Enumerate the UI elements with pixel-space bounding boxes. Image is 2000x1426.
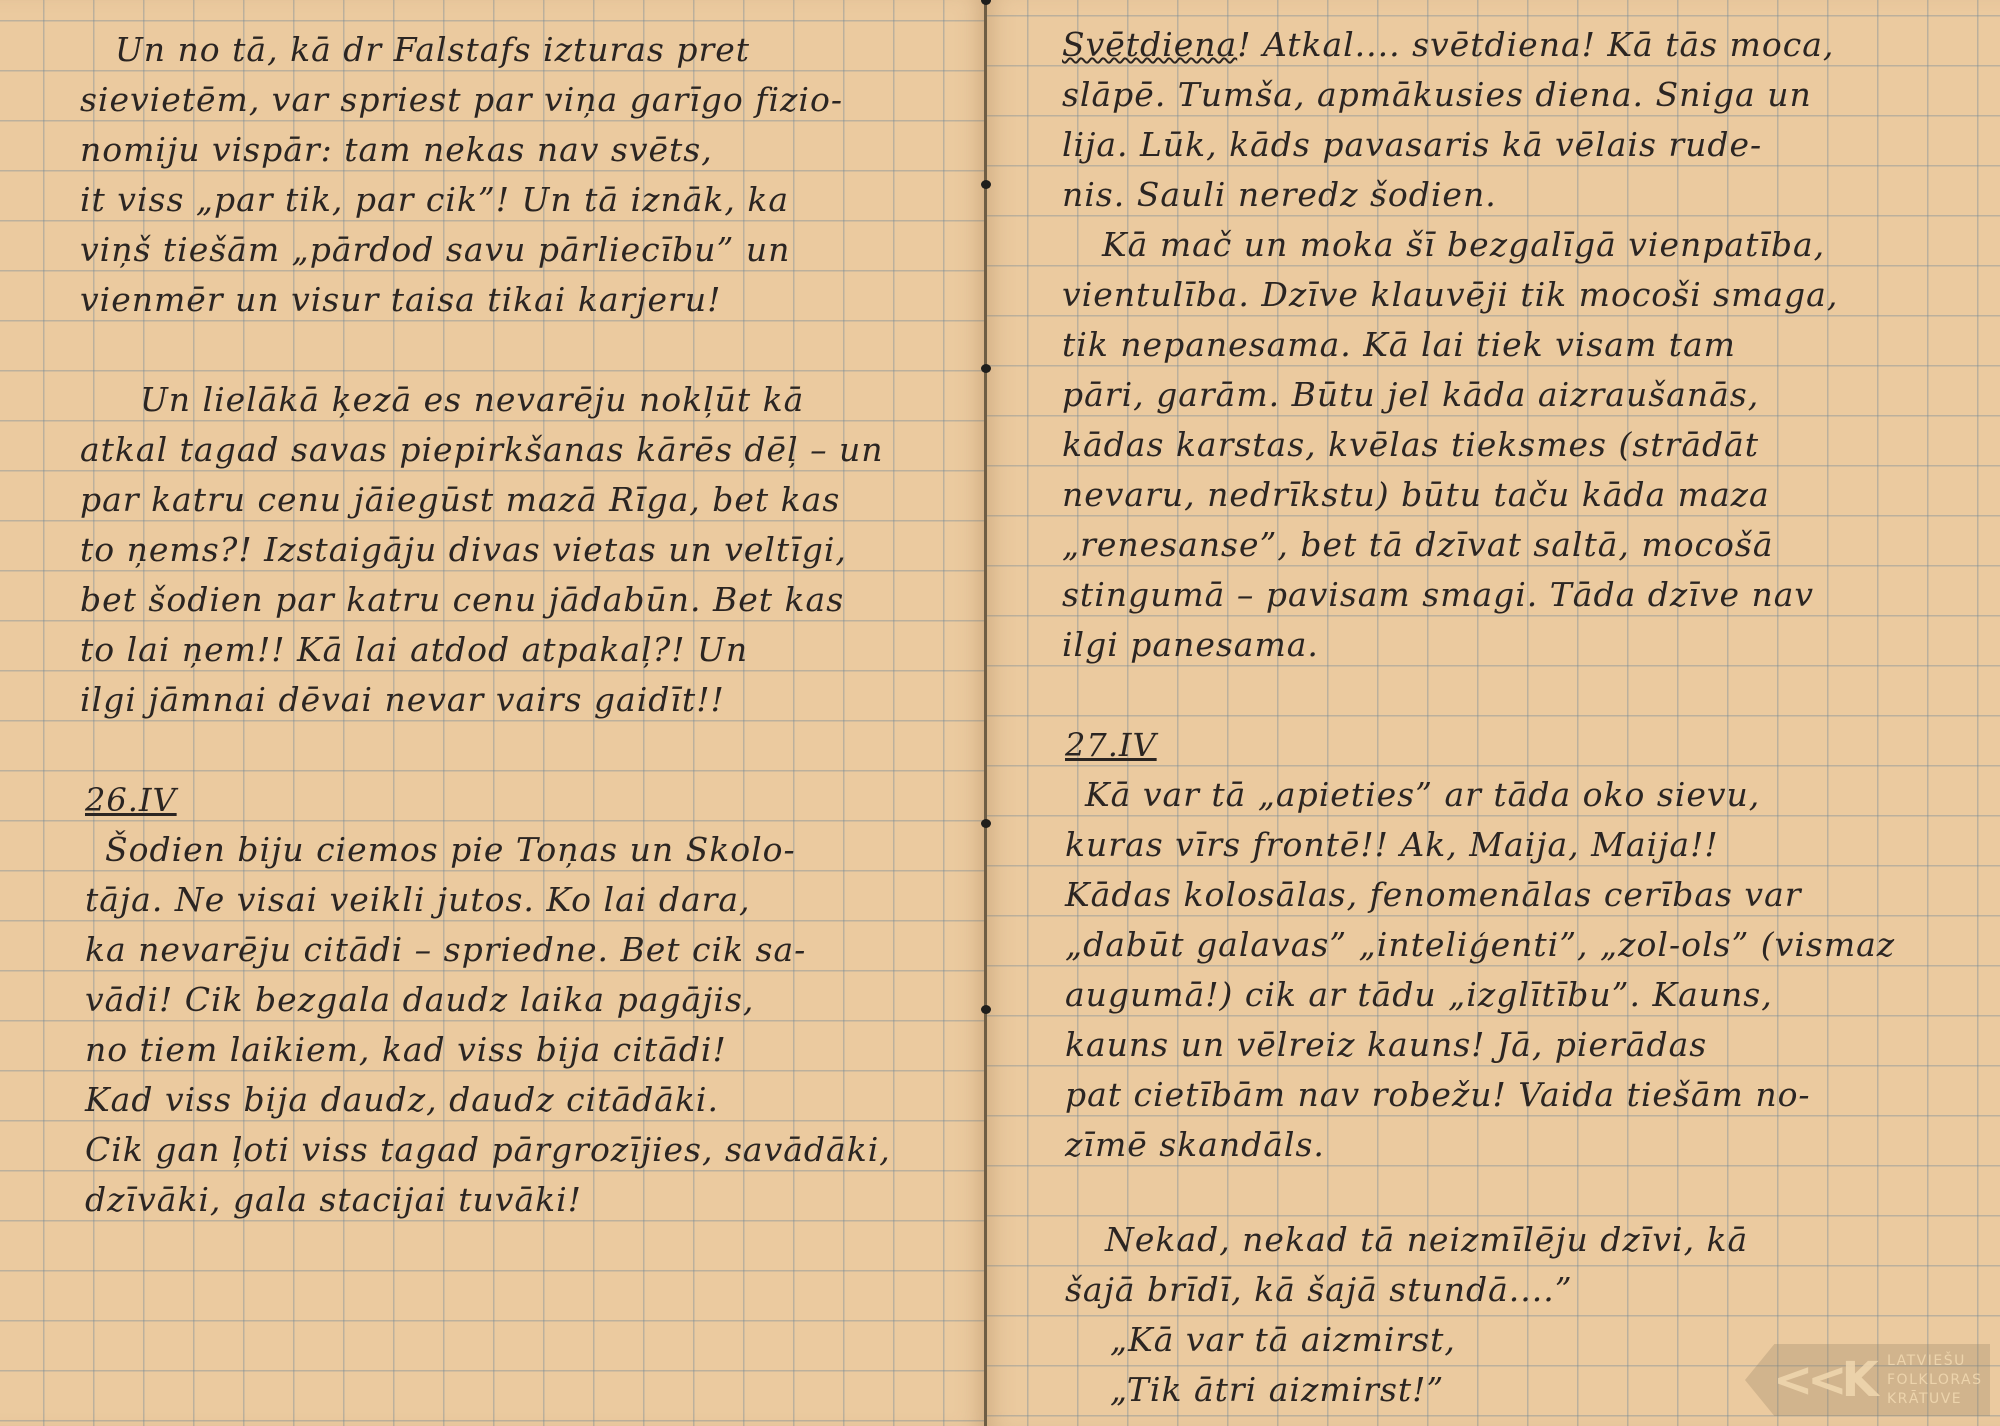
left-paragraph-2: Un lielākā ķezā es nevarēju nokļūt kā at… <box>80 375 884 725</box>
text-line: tāja. Ne visai veikli jutos. Ko lai dara… <box>85 875 891 925</box>
text-line: stingumā – pavisam smagi. Tāda dzīve nav <box>1062 570 1838 620</box>
text-line: ilgi panesama. <box>1062 620 1838 670</box>
text-line: vienmēr un visur taisa tikai karjeru! <box>80 275 843 325</box>
archive-watermark: <<K LATVIEŠU FOLKLORAS KRĀTUVE <box>1745 1344 1990 1416</box>
quote-block: Nekad, nekad tā neizmīlēju dzīvi, kā šaj… <box>1065 1215 1748 1415</box>
text-line: viņš tiešām „pārdod savu pārliecību” un <box>80 225 843 275</box>
text-line: nomiju vispār: tam nekas nav svēts, <box>80 125 843 175</box>
text-line: kādas karstas, kvēlas tieksmes (strādāt <box>1062 420 1838 470</box>
diary-entry-27-april: 27.IV Kā var tā „apieties” ar tāda oko s… <box>1065 720 1895 1170</box>
text-line: Kā var tā „apieties” ar tāda oko sievu, <box>1065 770 1895 820</box>
watermark-line: LATVIEŠU <box>1887 1352 1983 1371</box>
text-line: it viss „par tik, par cik”! Un tā iznāk,… <box>80 175 843 225</box>
text-line: kauns un vēlreiz kauns! Jā, pierādas <box>1065 1020 1895 1070</box>
left-page: Un no tā, kā dr Falstafs izturas pret si… <box>0 0 985 1426</box>
text-line: pat cietībām nav robežu! Vaida tiešām no… <box>1065 1070 1895 1120</box>
text-line: Un lielākā ķezā es nevarēju nokļūt kā <box>80 375 884 425</box>
text-line: pāri, garām. Būtu jel kāda aizraušanās, <box>1062 370 1838 420</box>
binding-stitch <box>981 364 991 373</box>
watermark-text: LATVIEŠU FOLKLORAS KRĀTUVE <box>1887 1352 1983 1409</box>
text-line: Cik gan ļoti viss tagad pārgrozījies, sa… <box>85 1125 891 1175</box>
right-page: Svētdiena! Atkal.... svētdiena! Kā tās m… <box>987 0 2000 1426</box>
text-line: nevaru, nedrīkstu) būtu taču kāda maza <box>1062 470 1838 520</box>
folklore-archive-logo-icon: <<K <box>1773 1352 1873 1408</box>
text-line: tik nepanesama. Kā lai tiek visam tam <box>1062 320 1838 370</box>
text-line: kuras vīrs frontē!! Ak, Maija, Maija!! <box>1065 820 1895 870</box>
text-line: „Kā var tā aizmirst, <box>1065 1315 1748 1365</box>
notebook-spread: Un no tā, kā dr Falstafs izturas pret si… <box>0 0 2000 1426</box>
text-line: lija. Lūk, kāds pavasaris kā vēlais rude… <box>1062 120 1834 170</box>
left-paragraph-1: Un no tā, kā dr Falstafs izturas pret si… <box>80 25 843 325</box>
text-line: „renesanse”, bet tā dzīvat saltā, mocošā <box>1062 520 1838 570</box>
text-line: „dabūt galavas” „inteliģenti”, „zol-ols”… <box>1065 920 1895 970</box>
right-paragraph-2: Kā mač un moka šī bezgalīgā vienpatība, … <box>1062 220 1838 670</box>
entry-date: 27.IV <box>1065 720 1895 770</box>
text-line: dzīvāki, gala stacijai tuvāki! <box>85 1175 891 1225</box>
text-line: ilgi jāmnai dēvai nevar vairs gaidīt!! <box>80 675 884 725</box>
text-line: atkal tagad savas piepirkšanas kārēs dēļ… <box>80 425 884 475</box>
entry-date: 26.IV <box>85 775 891 825</box>
text-line: ka nevarēju citādi – spriedne. Bet cik s… <box>85 925 891 975</box>
text-line: nis. Sauli neredz šodien. <box>1062 170 1834 220</box>
text-line: no tiem laikiem, kad viss bija citādi! <box>85 1025 891 1075</box>
text-line: Kad viss bija daudz, daudz citādāki. <box>85 1075 891 1125</box>
text-line: slāpē. Tumša, apmākusies diena. Sniga un <box>1062 70 1834 120</box>
watermark-line: KRĀTUVE <box>1887 1390 1983 1409</box>
text-line: Un no tā, kā dr Falstafs izturas pret <box>80 25 843 75</box>
text-line: Svētdiena! Atkal.... svētdiena! Kā tās m… <box>1062 20 1834 70</box>
text-line: sievietēm, var spriest par viņa garīgo f… <box>80 75 843 125</box>
text-line: augumā!) cik ar tādu „izglītību”. Kauns, <box>1065 970 1895 1020</box>
text-line: šajā brīdī, kā šajā stundā....” <box>1065 1265 1748 1315</box>
text-line: to ņems?! Izstaigāju divas vietas un vel… <box>80 525 884 575</box>
text-line: Šodien biju ciemos pie Toņas un Skolo- <box>85 825 891 875</box>
right-paragraph-1: Svētdiena! Atkal.... svētdiena! Kā tās m… <box>1062 20 1834 220</box>
text-line: vādi! Cik bezgala daudz laika pagājis, <box>85 975 891 1025</box>
text-line: zīmē skandāls. <box>1065 1120 1895 1170</box>
text-line: Nekad, nekad tā neizmīlēju dzīvi, kā <box>1065 1215 1748 1265</box>
text-line: vientulība. Dzīve klauvēji tik mocoši sm… <box>1062 270 1838 320</box>
notebook-spine <box>984 0 987 1426</box>
text-line: to lai ņem!! Kā lai atdod atpakaļ?! Un <box>80 625 884 675</box>
text-line: Kā mač un moka šī bezgalīgā vienpatība, <box>1062 220 1838 270</box>
diary-entry-26-april: 26.IV Šodien biju ciemos pie Toņas un Sk… <box>85 775 891 1225</box>
binding-stitch <box>981 819 991 828</box>
text-line: bet šodien par katru cenu jādabūn. Bet k… <box>80 575 884 625</box>
text-line: par katru cenu jāiegūst mazā Rīga, bet k… <box>80 475 884 525</box>
watermark-line: FOLKLORAS <box>1887 1371 1983 1390</box>
text-line: Kādas kolosālas, fenomenālas cerības var <box>1065 870 1895 920</box>
text-line: „Tik ātri aizmirst!” <box>1065 1365 1748 1415</box>
binding-stitch <box>981 1005 991 1014</box>
underlined-word: Svētdiena <box>1062 25 1237 64</box>
binding-stitch <box>981 180 991 189</box>
